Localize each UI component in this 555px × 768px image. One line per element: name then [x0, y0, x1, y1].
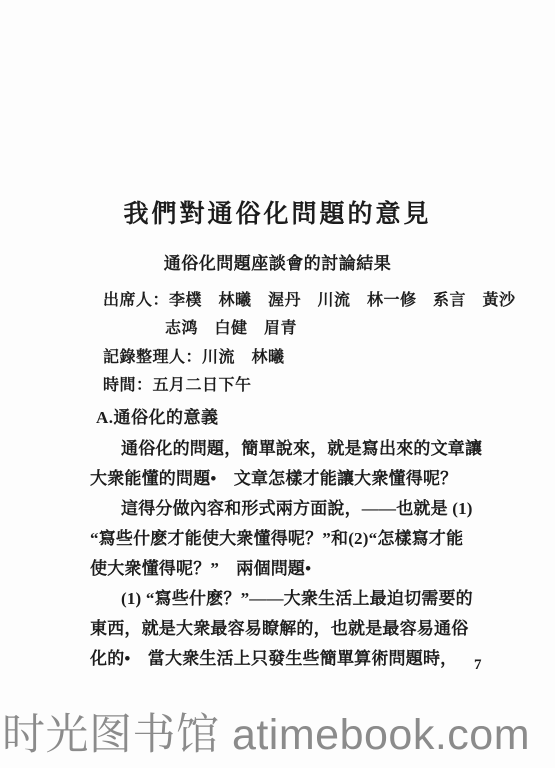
body-line: 通俗化的問題，簡單說來，就是寫出來的文章讓 [90, 434, 472, 464]
attendees-line-2: 志鸿 白健 眉青 [165, 315, 297, 338]
body-line: 使大衆懂得呢？” 兩個問題• [90, 554, 472, 584]
page-number: 7 [474, 657, 482, 674]
time-line: 時間：五月二日下午 [103, 372, 252, 395]
body-line: (1) “寫些什麽？”——大衆生活上最迫切需要的 [90, 584, 472, 614]
body-line: 化的• 當大衆生活上只發生些簡單算術問題時， [90, 644, 472, 674]
body-text: 通俗化的問題，簡單說來，就是寫出來的文章讓 大衆能懂的問題• 文章怎樣才能讓大衆… [90, 434, 472, 674]
page-subtitle: 通俗化問題座談會的討論結果 [0, 249, 555, 274]
page-title: 我們對通俗化問題的意見 [0, 194, 555, 230]
section-heading: A.通俗化的意義 [96, 403, 219, 428]
body-line: “寫些什麽才能使大衆懂得呢？”和(2)“怎樣寫才能 [90, 524, 472, 554]
body-line: 東西，就是大衆最容易瞭解的，也就是最容易通俗 [90, 614, 472, 644]
body-line: 大衆能懂的問題• 文章怎樣才能讓大衆懂得呢？ [90, 464, 472, 494]
body-line: 這得分做內容和形式兩方面說，——也就是 (1) [90, 494, 472, 524]
recorder-line: 記錄整理人：川流 林曦 [103, 344, 285, 367]
attendees-line-1: 出席人：李樸 林曦 渥丹 川流 林一修 系言 黃沙 [103, 287, 516, 310]
scanned-book-page: 我們對通俗化問題的意見 通俗化問題座談會的討論結果 出席人：李樸 林曦 渥丹 川… [0, 0, 555, 768]
watermark-text: 时光图书馆 atimebook.com [2, 701, 530, 762]
